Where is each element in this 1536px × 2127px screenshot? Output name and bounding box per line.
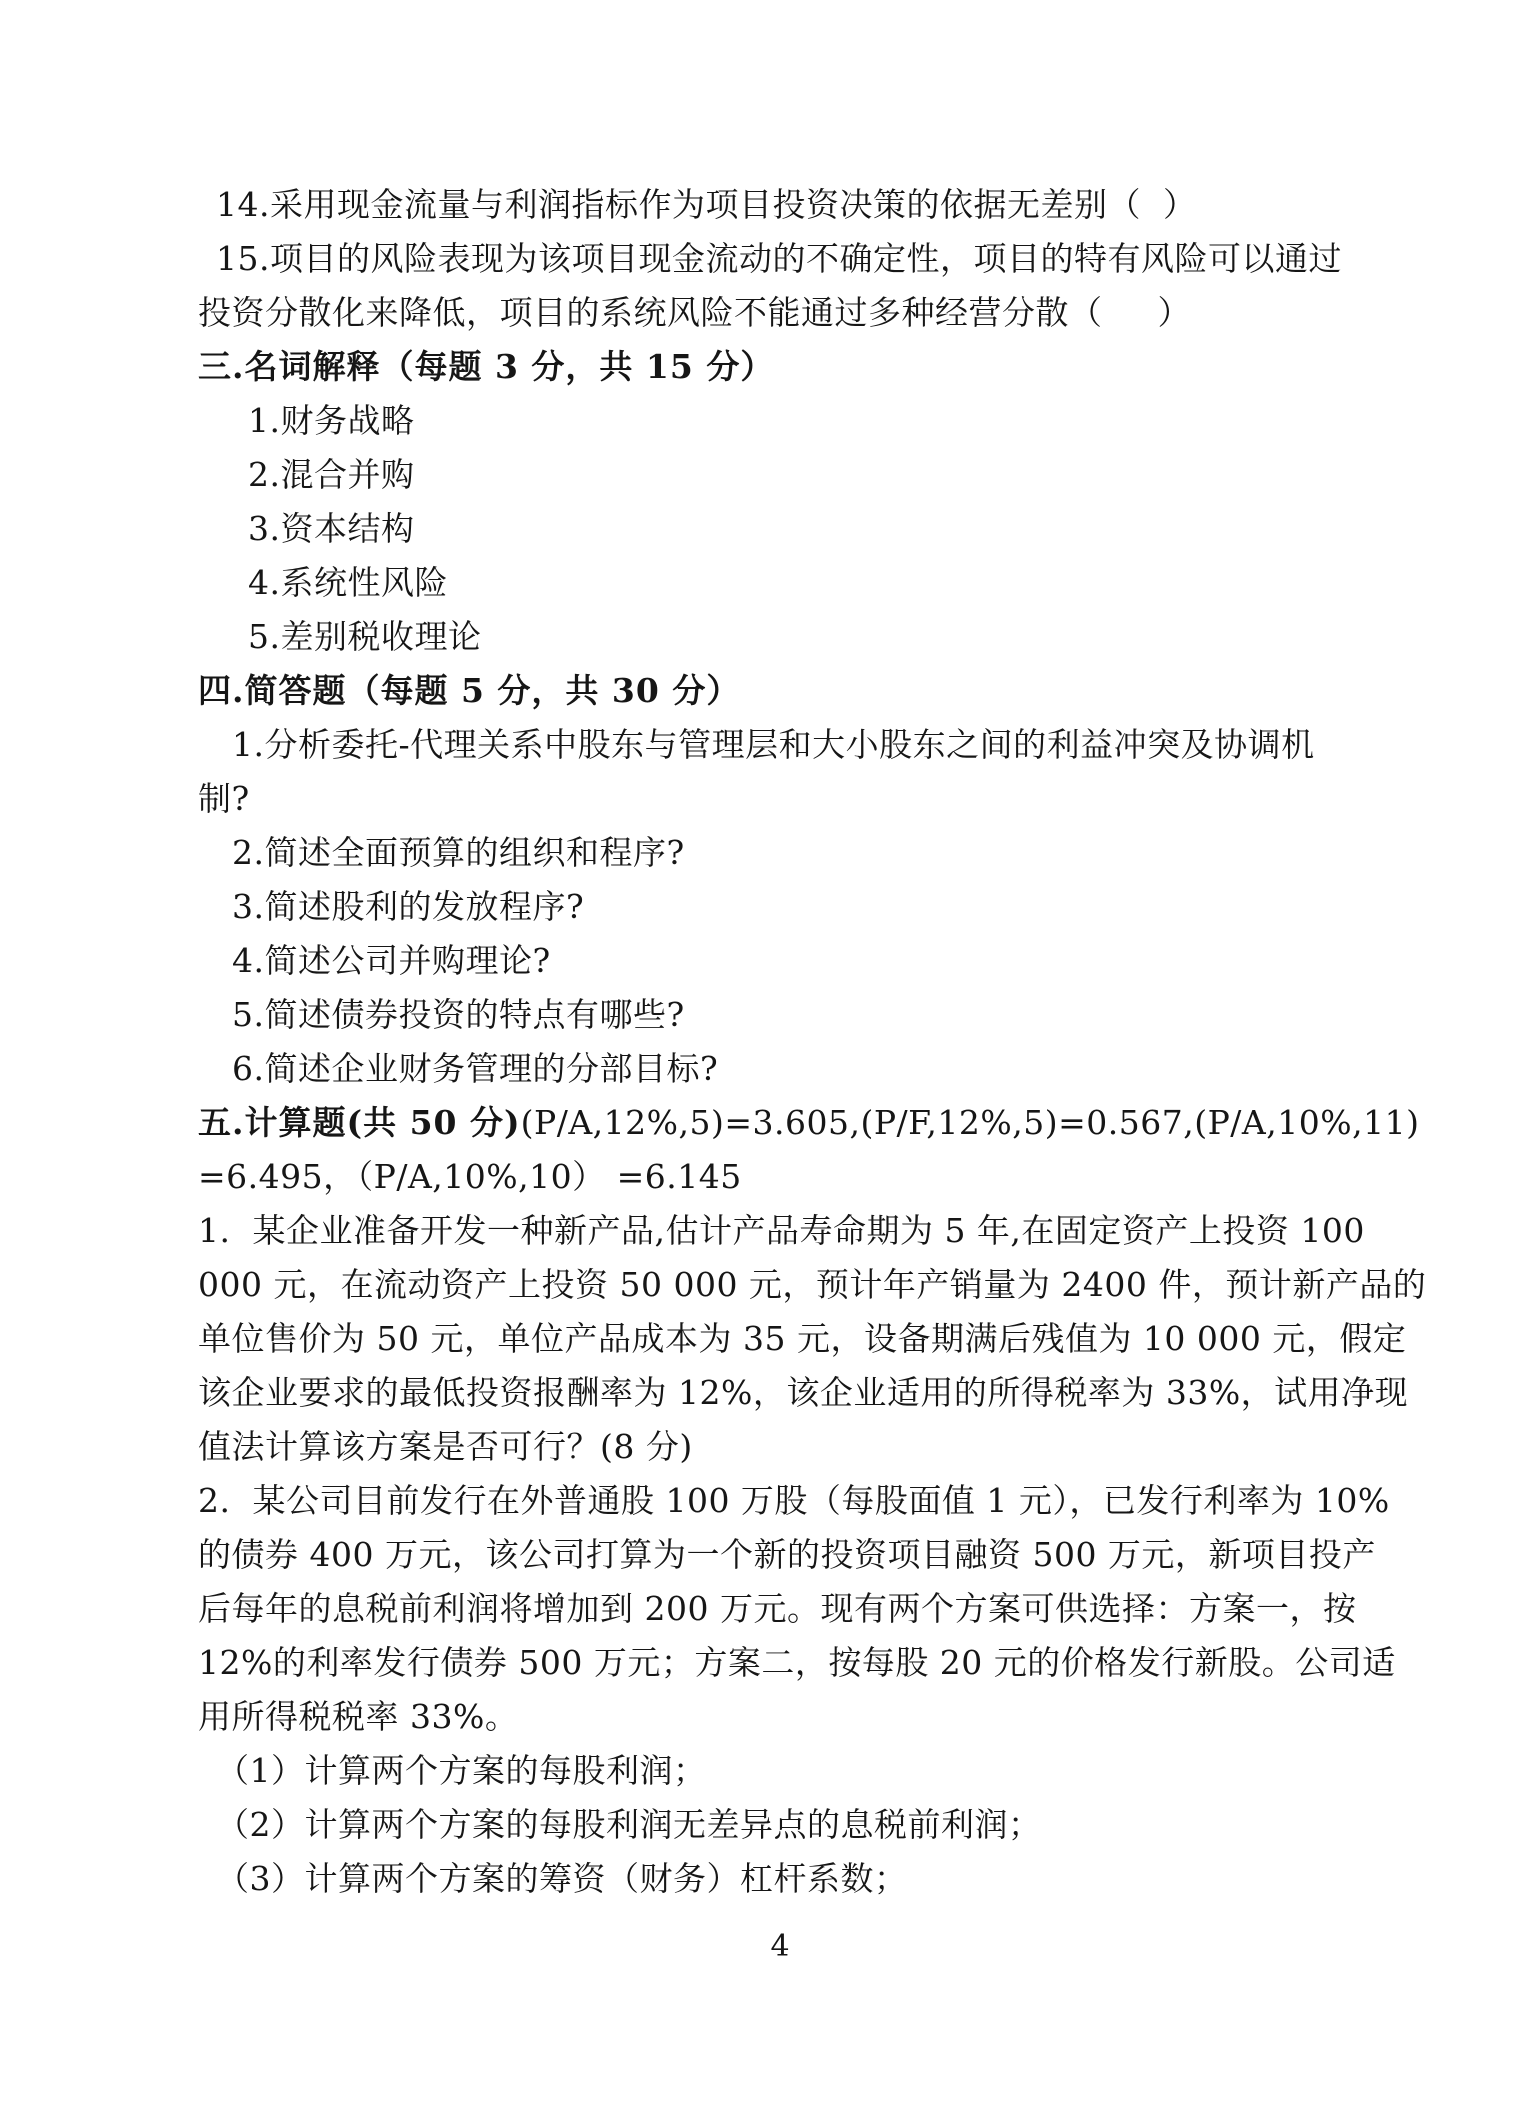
calc-problem-1-line-1: 1. 某企业准备开发一种新产品,估计产品寿命期为 5 年,在固定资产上投资 10… bbox=[198, 1204, 1386, 1258]
calc-problem-2-line-5: 用所得税税率 33%。 bbox=[198, 1690, 1386, 1744]
term-3: 3.资本结构 bbox=[198, 502, 1386, 556]
short-answer-4: 4.简述公司并购理论? bbox=[198, 934, 1386, 988]
calc-problem-2-sub-1: （1）计算两个方案的每股利润； bbox=[198, 1744, 1386, 1798]
calc-problem-1-line-2: 000 元，在流动资产上投资 50 000 元，预计年产销量为 2400 件，预… bbox=[198, 1258, 1386, 1312]
term-5: 5.差别税收理论 bbox=[198, 610, 1386, 664]
short-answer-6: 6.简述企业财务管理的分部目标? bbox=[198, 1042, 1386, 1096]
term-4: 4.系统性风险 bbox=[198, 556, 1386, 610]
tf-question-14: 14.采用现金流量与利润指标作为项目投资决策的依据无差别（ ） bbox=[198, 178, 1386, 232]
calc-problem-2-sub-3: （3）计算两个方案的筹资（财务）杠杆系数； bbox=[198, 1852, 1386, 1906]
calc-problem-2-line-1: 2. 某公司目前发行在外普通股 100 万股（每股面值 1 元），已发行利率为 … bbox=[198, 1474, 1386, 1528]
short-answer-1-line-2: 制? bbox=[198, 772, 1386, 826]
calc-problem-1-line-5: 值法计算该方案是否可行？(8 分) bbox=[198, 1420, 1386, 1474]
section-3-heading: 三.名词解释（每题 3 分，共 15 分） bbox=[198, 340, 1386, 394]
short-answer-1-line-1: 1.分析委托-代理关系中股东与管理层和大小股东之间的利益冲突及协调机 bbox=[198, 718, 1386, 772]
section-5-heading-line: 五.计算题(共 50 分)(P/A,12%,5)=3.605,(P/F,12%,… bbox=[198, 1096, 1386, 1150]
calc-problem-2-line-2: 的债券 400 万元，该公司打算为一个新的投资项目融资 500 万元，新项目投产 bbox=[198, 1528, 1386, 1582]
document-body: 14.采用现金流量与利润指标作为项目投资决策的依据无差别（ ）15.项目的风险表… bbox=[198, 178, 1386, 1906]
calc-problem-2-sub-2: （2）计算两个方案的每股利润无差异点的息税前利润； bbox=[198, 1798, 1386, 1852]
short-answer-3: 3.简述股利的发放程序? bbox=[198, 880, 1386, 934]
calc-problem-2-line-4: 12%的利率发行债券 500 万元；方案二，按每股 20 元的价格发行新股。公司… bbox=[198, 1636, 1386, 1690]
calc-problem-1-line-3: 单位售价为 50 元，单位产品成本为 35 元，设备期满后残值为 10 000 … bbox=[198, 1312, 1386, 1366]
tf-question-15-line-1: 15.项目的风险表现为该项目现金流动的不确定性，项目的特有风险可以通过 bbox=[198, 232, 1386, 286]
tf-question-15-line-2: 投资分散化来降低，项目的系统风险不能通过多种经营分散（ ） bbox=[198, 286, 1386, 340]
short-answer-5: 5.简述债券投资的特点有哪些? bbox=[198, 988, 1386, 1042]
term-1: 1.财务战略 bbox=[198, 394, 1386, 448]
pv-factors-line-2: =6.495，（P/A,10%,10） =6.145 bbox=[198, 1150, 1386, 1204]
calc-problem-1-line-4: 该企业要求的最低投资报酬率为 12%，该企业适用的所得税率为 33%，试用净现 bbox=[198, 1366, 1386, 1420]
section-4-heading: 四.简答题（每题 5 分，共 30 分） bbox=[198, 664, 1386, 718]
term-2: 2.混合并购 bbox=[198, 448, 1386, 502]
page-number: 4 bbox=[174, 1920, 1386, 1974]
short-answer-2: 2.简述全面预算的组织和程序? bbox=[198, 826, 1386, 880]
exam-paper-page: 14.采用现金流量与利润指标作为项目投资决策的依据无差别（ ）15.项目的风险表… bbox=[0, 0, 1536, 2127]
calc-problem-2-line-3: 后每年的息税前利润将增加到 200 万元。现有两个方案可供选择：方案一，按 bbox=[198, 1582, 1386, 1636]
